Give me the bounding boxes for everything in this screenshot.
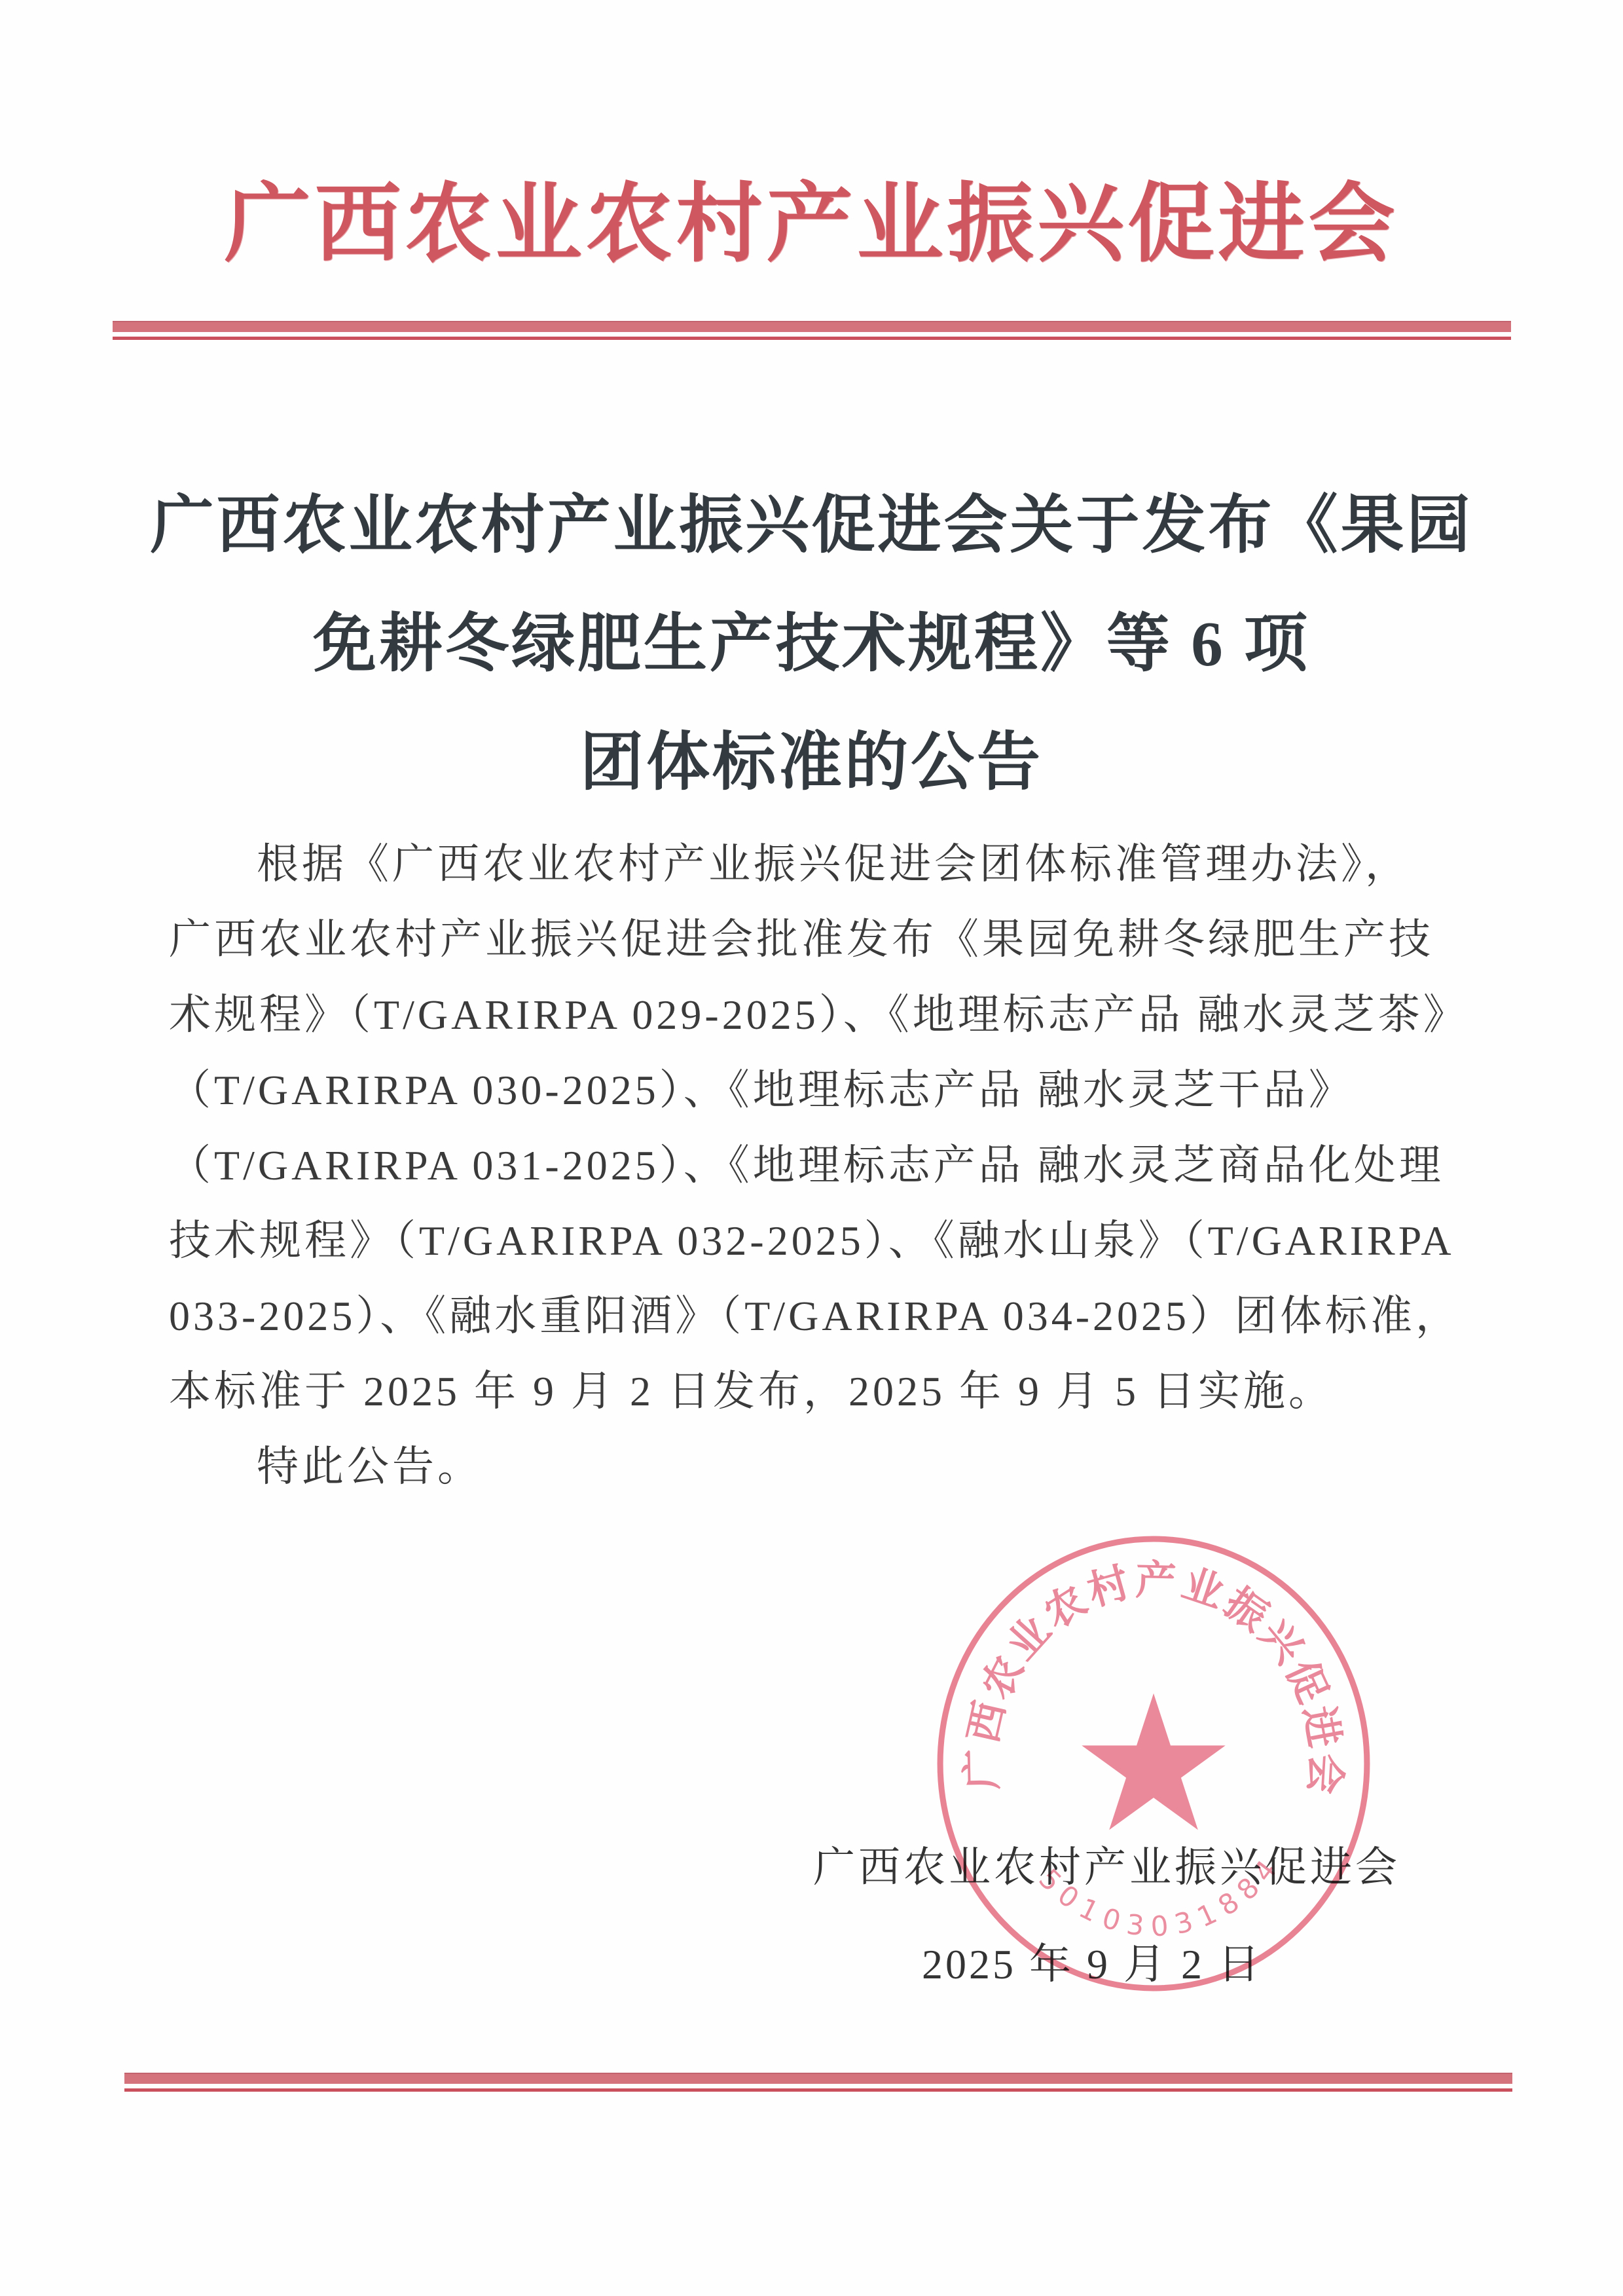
divider-thin-line [113, 337, 1511, 340]
announcement-body: 根据《广西农业农村产业振兴促进会团体标准管理办法》， 广西农业农村产业振兴促进会… [169, 826, 1432, 1504]
announcement-title: 广西农业农村产业振兴促进会关于发布《果园 免耕冬绿肥生产技术规程》等 6 项 团… [0, 466, 1623, 822]
announcement-title-line: 团体标准的公告 [0, 703, 1623, 822]
letterhead-title: 广西农业农村产业振兴促进会 [0, 169, 1623, 280]
document-page: 广西农业农村产业振兴促进会 广西农业农村产业振兴促进会关于发布《果园 免耕冬绿肥… [0, 0, 1623, 2296]
body-line: 本标准于 2025 年 9 月 2 日发布，2025 年 9 月 5 日实施。 [169, 1354, 1432, 1429]
divider-thick-line [124, 2073, 1512, 2084]
letterhead-divider [113, 321, 1511, 340]
body-line: 033-2025）、《融水重阳酒》（T/GARIRPA 034-2025）团体标… [169, 1278, 1432, 1354]
body-line: （T/GARIRPA 030-2025）、《地理标志产品 融水灵芝干品》 [169, 1052, 1432, 1128]
divider-thin-line [124, 2088, 1512, 2092]
footer-divider [124, 2073, 1512, 2092]
official-seal: 广西农业农村产业振兴促进会 501030318846 [934, 1534, 1374, 1993]
announcement-title-line: 免耕冬绿肥生产技术规程》等 6 项 [0, 585, 1623, 703]
divider-thick-line [113, 321, 1511, 332]
body-line: 根据《广西农业农村产业振兴促进会团体标准管理办法》， [169, 826, 1432, 902]
body-line: 术规程》（T/GARIRPA 029-2025）、《地理标志产品 融水灵芝茶》 [169, 977, 1432, 1052]
star-icon [1082, 1694, 1225, 1830]
body-line: （T/GARIRPA 031-2025）、《地理标志产品 融水灵芝商品化处理 [169, 1128, 1432, 1203]
body-line: 技术规程》（T/GARIRPA 032-2025）、《融水山泉》（T/GARIR… [169, 1203, 1432, 1278]
announcement-title-line: 广西农业农村产业振兴促进会关于发布《果园 [0, 466, 1623, 585]
seal-graphic: 广西农业农村产业振兴促进会 501030318846 [934, 1534, 1374, 1993]
body-line: 广西农业农村产业振兴促进会批准发布《果园免耕冬绿肥生产技 [169, 902, 1432, 977]
body-line: 特此公告。 [169, 1429, 1432, 1504]
